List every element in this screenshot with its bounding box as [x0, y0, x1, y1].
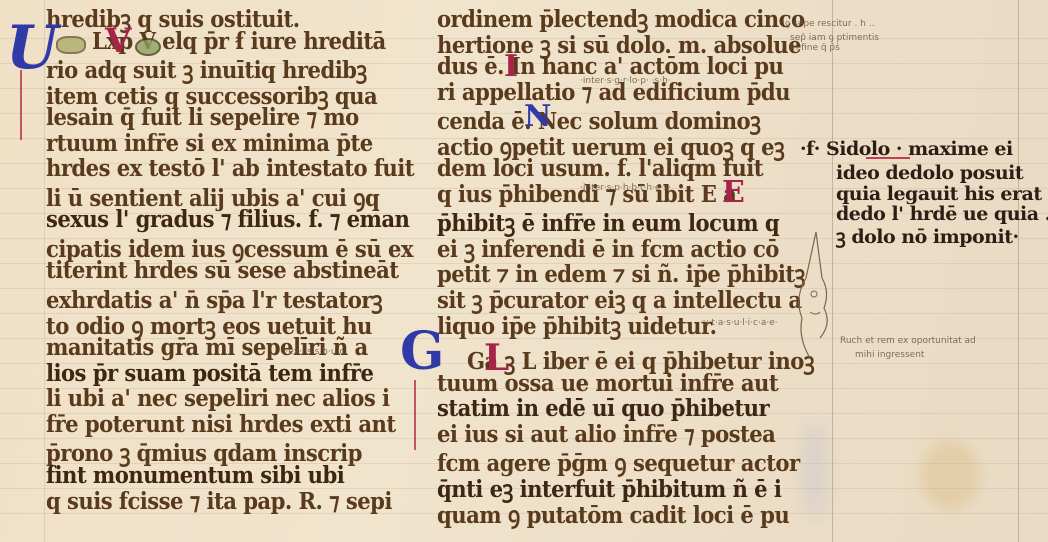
pen-flourish [20, 70, 22, 140]
gloss-line: quia legauit his erat [836, 183, 1042, 205]
decorated-initial-n: N [524, 102, 551, 132]
margin-rule-right [1018, 0, 1019, 542]
decorated-initial-e: E [722, 178, 745, 208]
gloss-line: ꝫ dolo nō imponit· [836, 223, 1019, 249]
green-leaf-ornament [135, 38, 161, 56]
interlinear-note: ·u·t·a·s·u·l·i·c·a·e· [700, 318, 778, 328]
marginal-note: mihi ingressent [855, 350, 924, 360]
red-underline [866, 157, 910, 159]
gloss-line: dedo l' hrdē ue quia . ib [836, 203, 1048, 225]
marginal-note: in fine q̄ p̄ṡ [790, 43, 840, 53]
decorated-initial-u: U [6, 18, 58, 78]
interlinear-note: ·inter·s·g·r·lo·p· ·s·h· [580, 76, 671, 86]
marginal-note: Ruch et rem ex oportunitat ad [840, 336, 976, 346]
marginal-note: sep̄ iam ꝯ ptimentis [790, 30, 879, 43]
text-line: dem loci usum. f. l'aliqm fuit [437, 155, 763, 182]
parchment-stain [920, 440, 980, 510]
text-line: sexus l' gradus ⁊ filius. f. ⁊ eman [46, 206, 409, 233]
decorated-initial-v: V [105, 24, 131, 58]
text-line: titerint hrdes sū sese abstineāt [46, 257, 399, 284]
text-line: fr̄e poterunt nisi hrdes exti ant [46, 411, 396, 438]
text-line: ei ius si aut alio infr̄e ⁊ postea [437, 421, 775, 448]
decorated-initial-l: L [484, 340, 509, 376]
interlinear-note: ·inter·s·p·h·b·t·h·e·s· [580, 183, 671, 193]
parchment-stain [800, 420, 830, 520]
pen-flourish [414, 380, 416, 450]
text-line: fint monumentum sibi ubi [46, 462, 344, 489]
green-leaf-ornament [56, 36, 86, 54]
text-line: hrdes ex testō l' ab intestato fuit [46, 155, 414, 182]
decorated-initial-i: I [504, 52, 518, 82]
text-line: rtuum infr̄e si ex minima p̄te [46, 130, 373, 157]
interlinear-note: ·l·ex·i·s·s·h·u·c· [280, 347, 347, 357]
text-line: lios p̄r suam positā tem infr̄e [46, 360, 373, 387]
text-line: lesain q̄ fuit li sepelire ⁊ mo [46, 104, 359, 131]
marginal-note: ꝯ sepe rescitur . h .. [785, 16, 874, 29]
text-line: q suis fcisse ⁊ ita pap. R. ⁊ sepi [46, 488, 392, 515]
gloss-line: ideo dedolo posuit [836, 162, 1023, 184]
text-line: statim in edē uī quo p̄hibetur [437, 395, 769, 422]
text-line: quam ꝯ putatōm cadit loci ē pu [437, 498, 789, 530]
text-line: li ubi a' nec sepeliri nec alios i [46, 385, 390, 412]
grotesque-face-sketch [780, 228, 840, 368]
decorated-initial-g: G [400, 326, 444, 378]
text-line: liquo ip̄e p̄hibitꝫ uidetur. [437, 309, 716, 341]
